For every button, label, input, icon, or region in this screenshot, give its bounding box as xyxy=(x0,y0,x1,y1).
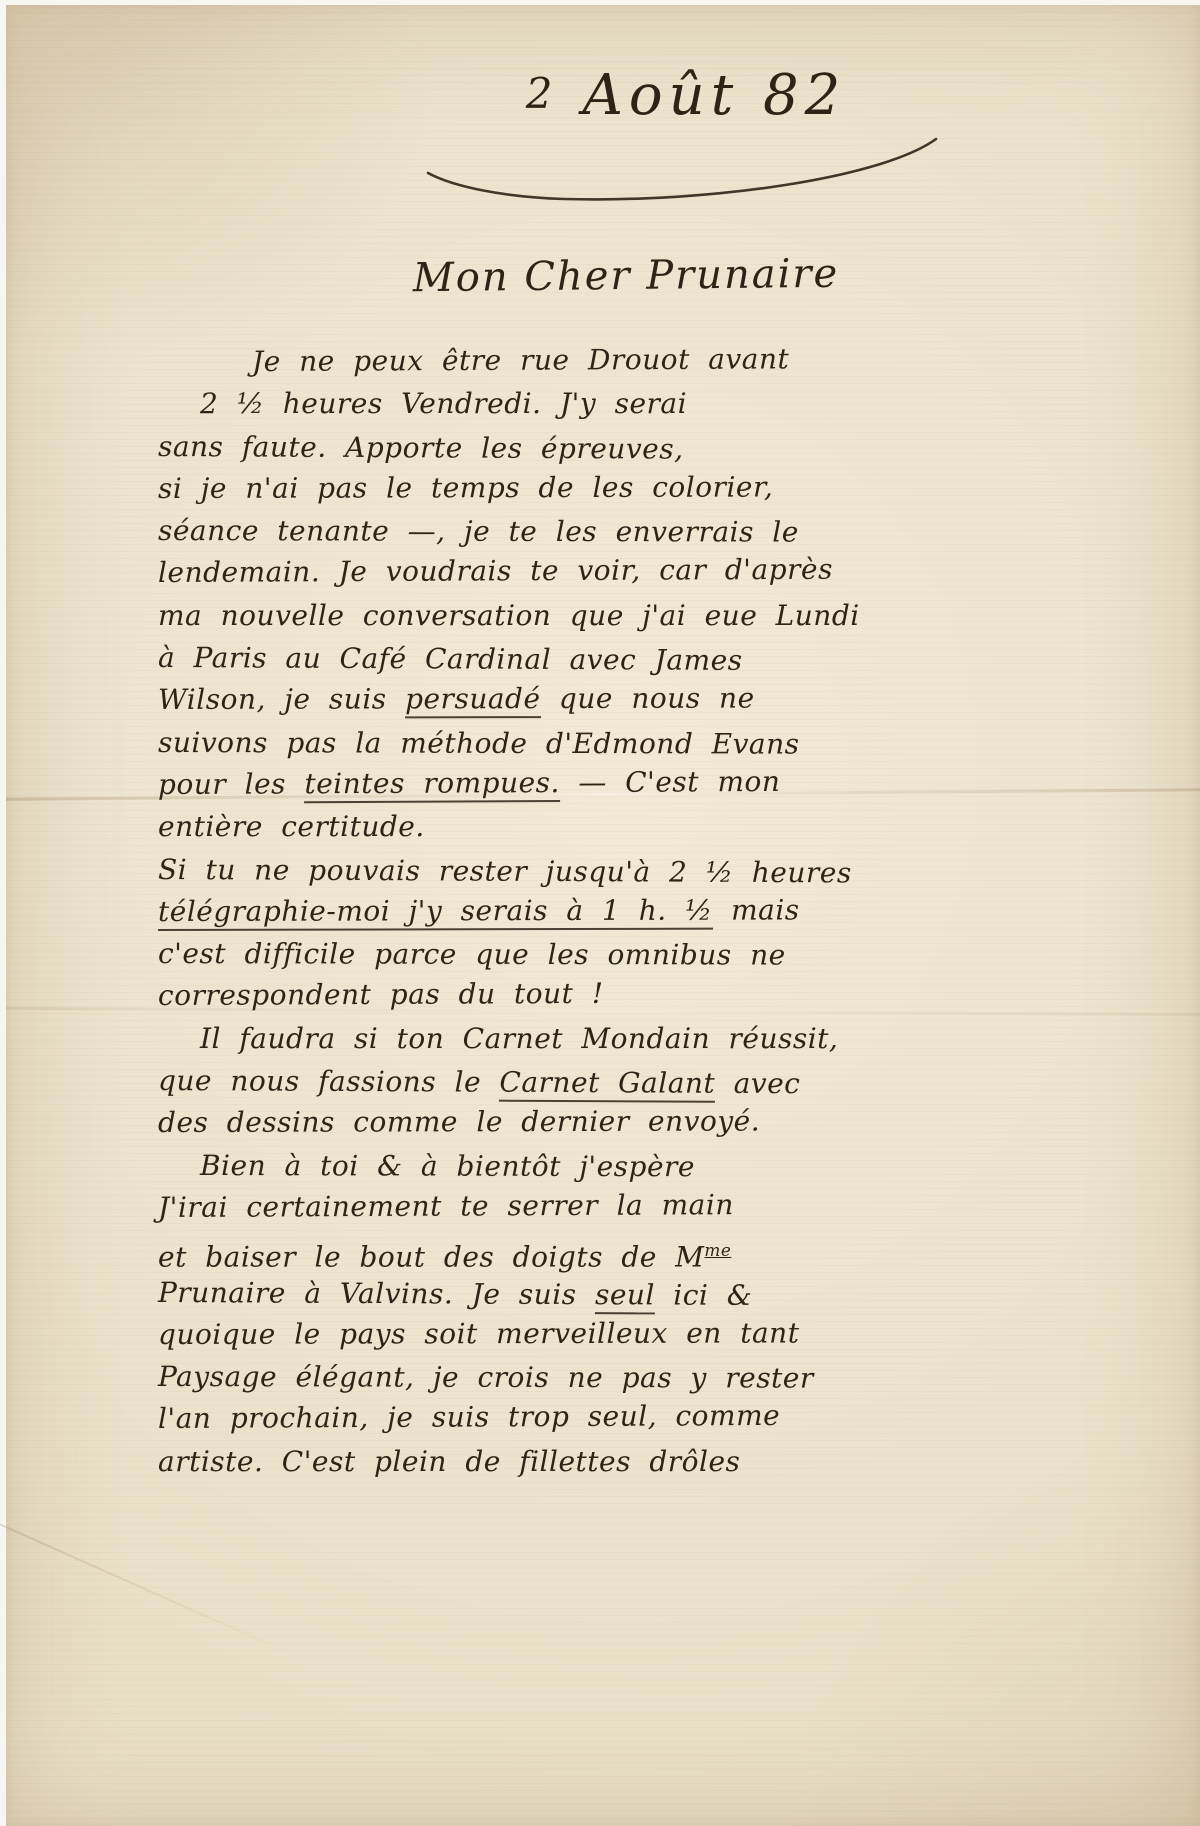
line-segment: avec xyxy=(715,1067,800,1100)
line-segment: télégraphie-moi j'y serais à 1 h. ½ xyxy=(158,894,713,931)
line-segment: Prunaire à Valvins. Je suis xyxy=(158,1276,595,1311)
line-segment: me xyxy=(704,1240,731,1260)
line-segment: lendemain. Je voudrais te voir, car d'ap… xyxy=(158,553,833,589)
line-segment: suivons pas la méthode d'Edmond Evans xyxy=(158,726,800,761)
letter-line: et baiser le bout des doigts de Mme xyxy=(158,1229,1138,1271)
letter-line: pour les teintes rompues. — C'est mon xyxy=(158,759,1138,806)
line-segment: Carnet Galant xyxy=(499,1066,715,1103)
line-segment: séance tenante —, je te les enverrais le xyxy=(158,514,799,549)
letter-line: entière certitude. xyxy=(158,806,1138,848)
letter-line: quoique le pays soit merveilleux en tant xyxy=(158,1311,1138,1356)
letter-line: correspondent pas du tout ! xyxy=(158,971,1138,1018)
line-segment: sans faute. Apporte les épreuves, xyxy=(158,430,684,466)
date-underline-flourish xyxy=(414,133,954,207)
line-segment: et baiser le bout des doigts de M xyxy=(158,1241,704,1274)
line-segment: quoique le pays soit merveilleux en tant xyxy=(158,1316,800,1351)
letter-body: Je ne peux être rue Drouot avant2 ½ heur… xyxy=(158,341,1138,1483)
letter-line: Wilson, je suis persuadé que nous ne xyxy=(158,677,1138,722)
line-segment: ma nouvelle conversation que j'ai eue Lu… xyxy=(158,599,860,632)
letter-line: Je ne peux être rue Drouot avant xyxy=(252,337,1138,384)
letter-line: J'irai certainement te serrer la main xyxy=(158,1182,1138,1229)
line-segment: J'irai certainement te serrer la main xyxy=(158,1188,734,1224)
letter-line: lendemain. Je voudrais te voir, car d'ap… xyxy=(158,548,1138,595)
line-segment: à Paris au Café Cardinal avec James xyxy=(158,641,743,677)
line-segment: entière certitude. xyxy=(158,810,425,843)
line-segment: que nous fassions le xyxy=(158,1064,500,1099)
letter-salutation: Mon Cher Prunaire xyxy=(336,250,916,302)
line-segment: correspondent pas du tout ! xyxy=(158,977,604,1012)
line-segment: teintes rompues. xyxy=(304,766,560,803)
paper-wrinkle xyxy=(0,1515,292,1655)
line-segment: artiste. C'est plein de fillettes drôles xyxy=(158,1445,740,1478)
letter-line: télégraphie-moi j'y serais à 1 h. ½ mais xyxy=(158,888,1138,933)
letter-date: 2Août 82 xyxy=(406,63,966,128)
line-segment: Paysage élégant, je crois ne pas y reste… xyxy=(158,1360,814,1395)
letter-line: 2 ½ heures Vendredi. J'y serai xyxy=(200,383,1138,425)
line-segment: mais xyxy=(713,893,800,926)
line-segment: Bien à toi & à bientôt j'espère xyxy=(200,1149,695,1183)
line-segment: seul xyxy=(595,1278,655,1314)
line-segment: des dessins comme le dernier envoyé. xyxy=(158,1105,760,1139)
letter-paper: 2Août 82 Mon Cher Prunaire Je ne peux êt… xyxy=(6,5,1200,1826)
letter-date-month-year: Août 82 xyxy=(582,63,846,128)
letter-line: des dessins comme le dernier envoyé. xyxy=(158,1100,1138,1145)
letter-line: l'an prochain, je suis trop seul, comme xyxy=(158,1394,1138,1441)
line-segment: Wilson, je suis xyxy=(158,683,405,717)
line-segment: 2 ½ heures Vendredi. J'y serai xyxy=(200,387,687,420)
line-segment: Il faudra si ton Carnet Mondain réussit, xyxy=(200,1022,838,1055)
letter-date-day: 2 xyxy=(526,69,555,118)
letter-line: Il faudra si ton Carnet Mondain réussit, xyxy=(200,1018,1138,1060)
line-segment: pour les xyxy=(158,767,305,801)
letter-line: ma nouvelle conversation que j'ai eue Lu… xyxy=(158,595,1138,637)
line-segment: c'est difficile parce que les omnibus ne xyxy=(158,937,786,972)
line-segment: Je ne peux être rue Drouot avant xyxy=(252,342,789,378)
letter-line: si je n'ai pas le temps de les colorier, xyxy=(158,465,1138,510)
letter-line: artiste. C'est plein de fillettes drôles xyxy=(158,1441,1138,1483)
line-segment: — C'est mon xyxy=(560,765,781,799)
line-segment: Si tu ne pouvais rester jusqu'à 2 ½ heur… xyxy=(158,853,852,889)
line-segment: si je n'ai pas le temps de les colorier, xyxy=(158,470,773,505)
line-segment: l'an prochain, je suis trop seul, comme xyxy=(158,1399,780,1435)
line-segment: que nous ne xyxy=(540,682,754,716)
line-segment: persuadé xyxy=(405,682,541,718)
line-segment: ici & xyxy=(655,1278,752,1311)
